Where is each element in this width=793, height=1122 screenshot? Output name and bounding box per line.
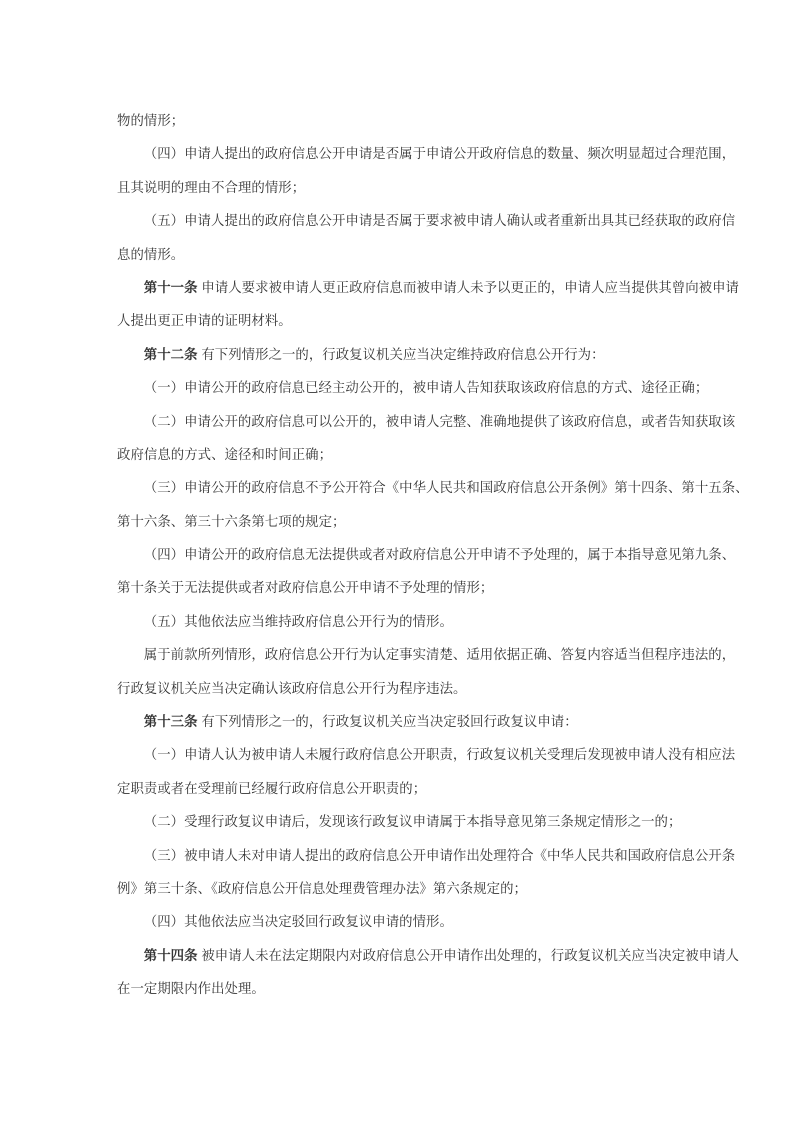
paragraph: （四）申请公开的政府信息无法提供或者对政府信息公开申请不予处理的，属于本指导意见… — [117, 538, 678, 605]
paragraph: （二）受理行政复议申请后，发现该行政复议申请属于本指导意见第三条规定情形之一的； — [117, 805, 678, 838]
text-line: 属于前款所列情形，政府信息公开行为认定事实清楚、适用依据正确、答复内容适当但程序… — [117, 638, 678, 671]
text-line: 第十六条、第三十六条第七项的规定； — [117, 505, 678, 538]
paragraph: （四）其他依法应当决定驳回行政复议申请的情形。 — [117, 905, 678, 938]
paragraph: （一）申请公开的政府信息已经主动公开的，被申请人告知获取该政府信息的方式、途径正… — [117, 371, 678, 404]
text-line: （四）申请公开的政府信息无法提供或者对政府信息公开申请不予处理的，属于本指导意见… — [117, 538, 678, 571]
text-line: 第十二条 有下列情形之一的，行政复议机关应当决定维持政府信息公开行为： — [117, 338, 678, 371]
text-line: 且其说明的理由不合理的情形； — [117, 171, 678, 204]
text-line: （五）申请人提出的政府信息公开申请是否属于要求被申请人确认或者重新出具其已经获取… — [117, 204, 678, 237]
line-text: 息的情形。 — [117, 247, 184, 262]
line-text: 有下列情形之一的，行政复议机关应当决定驳回行政复议申请： — [198, 714, 578, 729]
line-text: 政府信息的方式、途径和时间正确； — [117, 447, 332, 462]
text-line: 第十一条 申请人要求被申请人更正政府信息而被申请人未予以更正的，申请人应当提供其… — [117, 271, 678, 304]
line-text: 属于前款所列情形，政府信息公开行为认定事实清楚、适用依据正确、答复内容适当但程序… — [144, 647, 735, 662]
article-number: 第十二条 — [144, 347, 198, 362]
text-line: （二）受理行政复议申请后，发现该行政复议申请属于本指导意见第三条规定情形之一的； — [117, 805, 678, 838]
line-text: （五）申请人提出的政府信息公开申请是否属于要求被申请人确认或者重新出具其已经获取… — [144, 213, 735, 228]
text-line: 政府信息的方式、途径和时间正确； — [117, 438, 678, 471]
line-text: 定职责或者在受理前已经履行政府信息公开职责的； — [117, 781, 426, 796]
text-line: 定职责或者在受理前已经履行政府信息公开职责的； — [117, 772, 678, 805]
line-text: （四）申请人提出的政府信息公开申请是否属于申请公开政府信息的数量、频次明显超过合… — [144, 146, 735, 161]
line-text: 第十条关于无法提供或者对政府信息公开申请不予处理的情形； — [117, 580, 493, 595]
text-line: 人提出更正申请的证明材料。 — [117, 304, 678, 337]
line-text: 在一定期限内作出处理。 — [117, 981, 265, 996]
document-content: 物的情形；（四）申请人提出的政府信息公开申请是否属于申请公开政府信息的数量、频次… — [117, 104, 678, 1006]
line-text: 例》第三十条、《政府信息公开信息处理费管理办法》第六条规定的； — [117, 881, 527, 896]
line-text: （二）申请公开的政府信息可以公开的，被申请人完整、准确地提供了该政府信息，或者告… — [144, 414, 735, 429]
line-text: 人提出更正申请的证明材料。 — [117, 313, 292, 328]
text-line: 第十条关于无法提供或者对政府信息公开申请不予处理的情形； — [117, 571, 678, 604]
text-line: 例》第三十条、《政府信息公开信息处理费管理办法》第六条规定的； — [117, 872, 678, 905]
line-text: 且其说明的理由不合理的情形； — [117, 180, 305, 195]
line-text: （四）申请公开的政府信息无法提供或者对政府信息公开申请不予处理的，属于本指导意见… — [144, 547, 735, 562]
text-line: （四）其他依法应当决定驳回行政复议申请的情形。 — [117, 905, 678, 938]
text-line: （三）申请公开的政府信息不予公开符合《中华人民共和国政府信息公开条例》第十四条、… — [117, 471, 678, 504]
line-text: 第十六条、第三十六条第七项的规定； — [117, 514, 346, 529]
paragraph: 第十四条 被申请人未在法定期限内对政府信息公开申请作出处理的，行政复议机关应当决… — [117, 939, 678, 1006]
paragraph: （三）申请公开的政府信息不予公开符合《中华人民共和国政府信息公开条例》第十四条、… — [117, 471, 678, 538]
paragraph: 第十二条 有下列情形之一的，行政复议机关应当决定维持政府信息公开行为： — [117, 338, 678, 371]
paragraph: （二）申请公开的政府信息可以公开的，被申请人完整、准确地提供了该政府信息，或者告… — [117, 405, 678, 472]
line-text: 申请人要求被申请人更正政府信息而被申请人未予以更正的，申请人应当提供其曾向被申请 — [198, 280, 739, 295]
text-line: （二）申请公开的政府信息可以公开的，被申请人完整、准确地提供了该政府信息，或者告… — [117, 405, 678, 438]
article-number: 第十一条 — [144, 280, 198, 295]
text-line: （三）被申请人未对申请人提出的政府信息公开申请作出处理符合《中华人民共和国政府信… — [117, 839, 678, 872]
text-line: 第十四条 被申请人未在法定期限内对政府信息公开申请作出处理的，行政复议机关应当决… — [117, 939, 678, 972]
article-number: 第十四条 — [144, 948, 198, 963]
paragraph: 第十三条 有下列情形之一的，行政复议机关应当决定驳回行政复议申请： — [117, 705, 678, 738]
line-text: 行政复议机关应当决定确认该政府信息公开行为程序违法。 — [117, 681, 466, 696]
text-line: 息的情形。 — [117, 238, 678, 271]
line-text: 被申请人未在法定期限内对政府信息公开申请作出处理的，行政复议机关应当决定被申请人 — [198, 948, 739, 963]
paragraph: （五）申请人提出的政府信息公开申请是否属于要求被申请人确认或者重新出具其已经获取… — [117, 204, 678, 271]
line-text: （五）其他依法应当维持政府信息公开行为的情形。 — [144, 614, 453, 629]
paragraph: （三）被申请人未对申请人提出的政府信息公开申请作出处理符合《中华人民共和国政府信… — [117, 839, 678, 906]
article-number: 第十三条 — [144, 714, 198, 729]
line-text: 有下列情形之一的，行政复议机关应当决定维持政府信息公开行为： — [198, 347, 605, 362]
line-text: （二）受理行政复议申请后，发现该行政复议申请属于本指导意见第三条规定情形之一的； — [144, 814, 682, 829]
line-text: 物的情形； — [117, 113, 184, 128]
line-text: （四）其他依法应当决定驳回行政复议申请的情形。 — [144, 914, 453, 929]
paragraph: （一）申请人认为被申请人未履行政府信息公开职责，行政复议机关受理后发现被申请人没… — [117, 738, 678, 805]
text-line: （一）申请人认为被申请人未履行政府信息公开职责，行政复议机关受理后发现被申请人没… — [117, 738, 678, 771]
text-line: 行政复议机关应当决定确认该政府信息公开行为程序违法。 — [117, 672, 678, 705]
document-page: 物的情形；（四）申请人提出的政府信息公开申请是否属于申请公开政府信息的数量、频次… — [0, 0, 793, 1122]
line-text: （三）申请公开的政府信息不予公开符合《中华人民共和国政府信息公开条例》第十四条、… — [144, 480, 749, 495]
line-text: （三）被申请人未对申请人提出的政府信息公开申请作出处理符合《中华人民共和国政府信… — [144, 848, 735, 863]
text-line: （一）申请公开的政府信息已经主动公开的，被申请人告知获取该政府信息的方式、途径正… — [117, 371, 678, 404]
text-line: （五）其他依法应当维持政府信息公开行为的情形。 — [117, 605, 678, 638]
paragraph: 第十一条 申请人要求被申请人更正政府信息而被申请人未予以更正的，申请人应当提供其… — [117, 271, 678, 338]
paragraph: 物的情形； — [117, 104, 678, 137]
text-line: 在一定期限内作出处理。 — [117, 972, 678, 1005]
line-text: （一）申请人认为被申请人未履行政府信息公开职责，行政复议机关受理后发现被申请人没… — [144, 747, 735, 762]
paragraph: （四）申请人提出的政府信息公开申请是否属于申请公开政府信息的数量、频次明显超过合… — [117, 137, 678, 204]
text-line: 物的情形； — [117, 104, 678, 137]
text-line: （四）申请人提出的政府信息公开申请是否属于申请公开政府信息的数量、频次明显超过合… — [117, 137, 678, 170]
line-text: （一）申请公开的政府信息已经主动公开的，被申请人告知获取该政府信息的方式、途径正… — [144, 380, 709, 395]
paragraph: （五）其他依法应当维持政府信息公开行为的情形。 — [117, 605, 678, 638]
text-line: 第十三条 有下列情形之一的，行政复议机关应当决定驳回行政复议申请： — [117, 705, 678, 738]
paragraph: 属于前款所列情形，政府信息公开行为认定事实清楚、适用依据正确、答复内容适当但程序… — [117, 638, 678, 705]
